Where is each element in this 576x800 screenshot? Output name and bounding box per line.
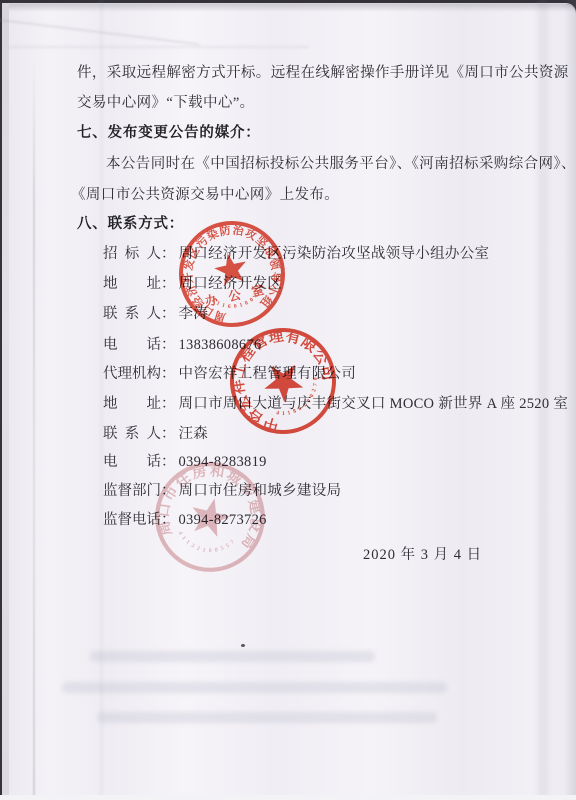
contact-label: 联系人	[103, 425, 161, 443]
colon: ：	[161, 426, 176, 442]
bleedthrough-line	[97, 712, 437, 723]
seal-center-text: 办 公 室	[204, 281, 269, 309]
scan-shadow	[9, 4, 576, 12]
colon: ：	[161, 276, 176, 292]
contact-label: 地址	[103, 395, 161, 413]
scanner-edge	[0, 795, 576, 800]
contact-label: 监督部门	[103, 482, 161, 500]
colon: ：	[161, 366, 176, 382]
contact-label: 电话	[103, 336, 161, 354]
scanned-document-page: 件，采取远程解密方式开标。远程在线解密操作手册详见《周口市公共资源 交易中心网》…	[0, 0, 576, 800]
colon: ：	[161, 396, 176, 412]
contact-label: 电话	[103, 453, 161, 471]
contact-row-bidder: 招标人：周口经济开发区污染防治攻坚战领导小组办公室	[103, 245, 489, 263]
ink-speck	[241, 644, 245, 647]
colon: ：	[161, 306, 176, 322]
bleedthrough-line	[90, 651, 375, 662]
section-7-line: 本公告同时在《中国招标投标公共服务平台》、《河南招标采购综合网》、	[106, 155, 576, 173]
document-date: 2020 年 3 月 4 日	[363, 543, 482, 564]
star-icon	[256, 354, 309, 407]
contact-row-agency-person: 联系人：汪森	[103, 425, 208, 443]
contact-label: 代理机构	[103, 365, 161, 383]
paragraph-continuation-line: 件，采取远程解密方式开标。远程在线解密操作手册详见《周口市公共资源	[77, 64, 569, 82]
contact-value: 汪森	[179, 426, 209, 442]
colon: ：	[161, 337, 176, 353]
section-7-line: 《周口市公共资源交易中心网》上发布。	[71, 186, 339, 204]
bleedthrough-line	[62, 682, 447, 693]
paragraph-continuation-line: 交易中心网》“下载中心”。	[77, 94, 255, 112]
star-icon	[187, 494, 233, 539]
contact-label: 地址	[103, 275, 161, 293]
contact-label: 联系人	[103, 305, 161, 323]
section-7-heading: 七、发布变更公告的媒介：	[77, 124, 261, 142]
contact-label: 招标人	[103, 245, 161, 263]
star-icon	[212, 250, 250, 287]
